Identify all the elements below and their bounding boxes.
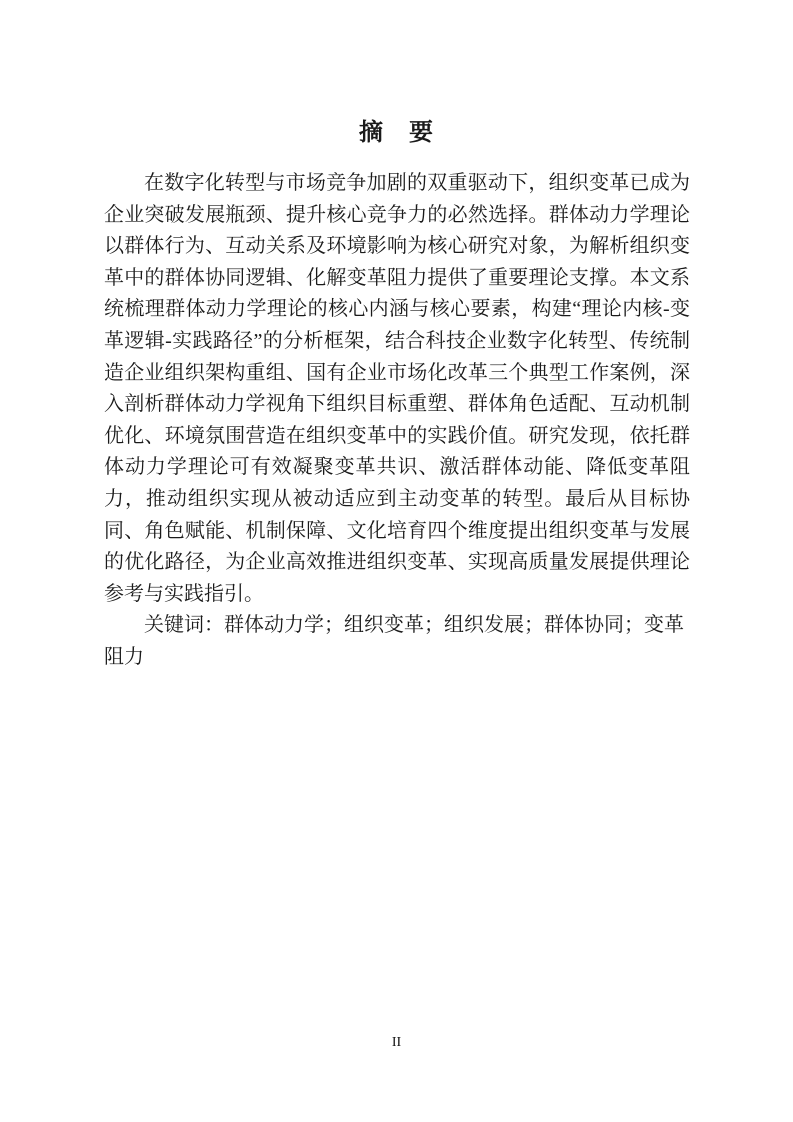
abstract-body: 在数字化转型与市场竞争加剧的双重驱动下，组织变革已成为企业突破发展瓶颈、提升核心… [104,168,690,674]
document-page: 摘 要 在数字化转型与市场竞争加剧的双重驱动下，组织变革已成为企业突破发展瓶颈、… [0,0,793,1122]
keywords-line: 关键词：群体动力学；组织变革；组织发展；群体协同；变革阻力 [104,610,690,673]
abstract-title: 摘 要 [0,112,793,147]
page-number: II [0,1035,793,1051]
abstract-paragraph: 在数字化转型与市场竞争加剧的双重驱动下，组织变革已成为企业突破发展瓶颈、提升核心… [104,168,690,610]
